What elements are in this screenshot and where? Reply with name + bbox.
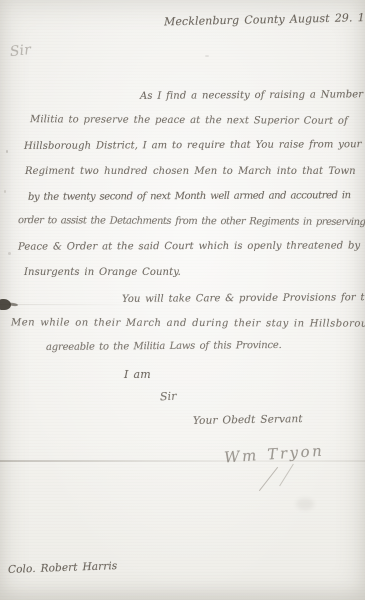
body-line: Hillsborough District, I am to require t… <box>24 139 365 152</box>
body-line: agreeable to the Militia Laws of this Pr… <box>46 340 282 353</box>
addressee: Colo. Robert Harris <box>8 561 118 576</box>
letter-scan-page: Mecklenburg County August 29. 1768 Sir A… <box>0 0 365 600</box>
signature-flourish <box>279 464 294 487</box>
body-line: As I find a necessity of raising a Numbe… <box>140 89 365 102</box>
closing-line: Sir <box>160 391 177 404</box>
signature-flourish <box>259 467 278 491</box>
paper-speck <box>205 55 209 57</box>
closing-line: Your Obedt Servant <box>193 414 303 427</box>
body-line: Militia to preserve the peace at the nex… <box>30 114 348 127</box>
paper-speck <box>6 150 8 153</box>
body-line: order to assist the Detachments from the… <box>18 215 365 228</box>
paper-smudge <box>296 498 314 510</box>
salutation: Sir <box>9 43 32 61</box>
body-line: Regiment two hundred chosen Men to March… <box>25 166 356 177</box>
dateline: Mecklenburg County August 29. 1768 <box>164 12 365 29</box>
body-line: by the twenty second of next Month well … <box>28 190 351 203</box>
paper-speck <box>4 190 6 193</box>
closing-line: I am <box>124 369 151 381</box>
body-line: Men while on their March and during thei… <box>11 317 365 329</box>
body-line: Peace & Order at the said Court which is… <box>18 240 365 252</box>
paper-speck <box>8 252 11 255</box>
body-line: You will take Care & provide Provisions … <box>122 292 365 305</box>
signature: Wm Tryon <box>224 443 325 466</box>
body-line: Insurgents in Orange County. <box>24 267 181 278</box>
